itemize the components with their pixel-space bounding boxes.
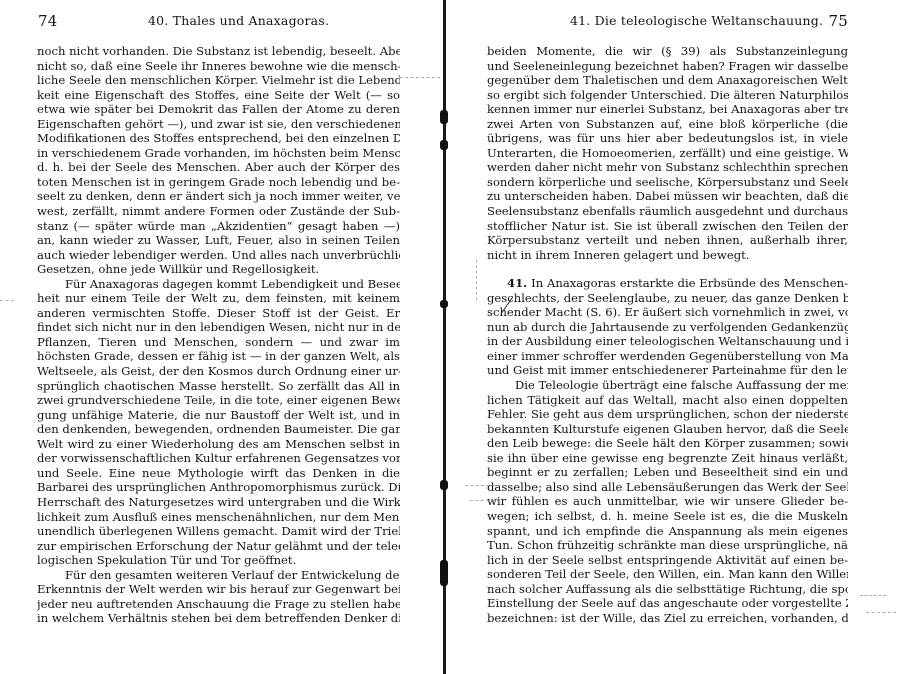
text-line: in verschiedenem Grade vorhanden, im höc… (37, 146, 400, 161)
pencil-mark (860, 595, 886, 596)
text-line: Welt wird zu einer Wiederholung des am M… (37, 437, 400, 452)
text-line: d. h. bei der Seele des Menschen. Aber a… (37, 160, 400, 175)
book-spread: 74 40. Thales und Anaxagoras. noch nicht… (0, 0, 900, 674)
pencil-margin-line (476, 260, 477, 300)
text-line: den Leib bewege: die Seele hält den Körp… (487, 436, 848, 451)
text-line: dasselbe; also sind alle Lebensäußerunge… (487, 480, 848, 495)
text-line: sonderen Teil der Seele, den Willen, ein… (487, 567, 848, 582)
text-line: heit nur einem Teile der Welt zu, dem fe… (37, 291, 400, 306)
text-line: übrigens, was für uns hier aber bedeutun… (487, 131, 848, 146)
text-line: Erkenntnis der Welt werden wir bis herau… (37, 582, 400, 597)
text-line: Fehler. Sie geht aus dem ursprünglichen,… (487, 407, 848, 422)
text-line: Körpersubstanz verteilt und neben ihnen,… (487, 233, 848, 248)
pencil-mark (470, 500, 500, 501)
text-line: wir fühlen es auch unmittelbar, wie wir … (487, 494, 848, 509)
text-line: seelt zu denken, denn er ändert sich ja … (37, 189, 400, 204)
text-line: findet sich nicht nur in den lebendigen … (37, 320, 400, 335)
text-line: spannt, und ich empfinde die Anspannung … (487, 524, 848, 539)
text-line: sondern körperliche und seelische, Körpe… (487, 175, 848, 190)
right-running-head: 41. Die teleologische Weltanschauung. 75 (485, 12, 848, 32)
text-line: noch nicht vorhanden. Die Substanz ist l… (37, 44, 400, 59)
text-line: stanz (— später würde man „Akzidentien“ … (37, 219, 400, 234)
left-page-number: 74 (38, 12, 58, 30)
text-line: Gesetzen, ohne jede Willkür und Regellos… (37, 262, 400, 277)
left-chapter-title: 40. Thales und Anaxagoras. (148, 13, 329, 28)
text-line: zwei Arten von Substanzen auf, eine bloß… (487, 117, 848, 132)
text-line: werden daher nicht mehr von Substanz sch… (487, 160, 848, 175)
right-chapter-title: 41. Die teleologische Weltanschauung. (570, 13, 823, 28)
text-line: jeder neu auftretenden Anschauung die Fr… (37, 597, 400, 612)
text-line: nach solcher Auffassung als die selbsttä… (487, 582, 848, 597)
text-line: Seelensubstanz ebenfalls räumlich ausged… (487, 204, 848, 219)
text-line: gung unfähige Materie, die nur Baustoff … (37, 408, 400, 423)
text-line: zwei grundverschiedene Teile, in die tot… (37, 393, 400, 408)
text-line: der vorwissenschaftlichen Kultur erfahre… (37, 451, 400, 466)
text-line: einer immer schroffer werdenden Gegenübe… (487, 349, 848, 364)
text-line: Einstellung der Seele auf das angeschaut… (487, 596, 848, 611)
text-line: unendlich überlegenen Willens gemacht. D… (37, 524, 400, 539)
text-line: Barbarei des ursprünglichen Anthropomorp… (37, 480, 400, 495)
text-line: zur empirischen Erforschung der Natur ge… (37, 539, 400, 554)
text-line: und Geist mit immer entschiedenerer Part… (487, 363, 848, 378)
text-line: sie ihn über eine gewisse eng begrenzte … (487, 451, 848, 466)
text-line: Für den gesamten weiteren Verlauf der En… (37, 568, 400, 583)
text-line: nicht in ihrem Inneren gelagert und bewe… (487, 248, 848, 263)
left-running-head: 74 40. Thales und Anaxagoras. (38, 12, 400, 32)
text-line: lich in der Seele selbst entspringende A… (487, 553, 848, 568)
pencil-mark (866, 612, 896, 613)
text-line: lichkeit zum Ausfluß eines menschenähnli… (37, 510, 400, 525)
text-line: lichen Tätigkeit auf das Weltall, macht … (487, 393, 848, 408)
left-body-text: noch nicht vorhanden. Die Substanz ist l… (37, 44, 400, 626)
text-line: gegenüber dem Thaletischen und dem Anaxa… (487, 73, 848, 88)
text-line: Tun. Schon frühzeitig schränkte man dies… (487, 538, 848, 553)
text-line: höchsten Grade, dessen er fähig ist — in… (37, 349, 400, 364)
text-line: wegen; ich selbst, d. h. meine Seele ist… (487, 509, 848, 524)
text-line: Unterarten, die Homoeomerien, zerfällt) … (487, 146, 848, 161)
section-first-line: In Anaxagoras erstarkte die Erbsünde des… (531, 276, 848, 290)
text-line: Weltseele, als Geist, der den Kosmos dur… (37, 364, 400, 379)
text-line: und Seele. Eine neue Mythologie wirft da… (37, 466, 400, 481)
text-line: schender Macht (S. 6). Er äußert sich vo… (487, 305, 848, 320)
text-line: kennen immer nur einerlei Substanz, bei … (487, 102, 848, 117)
text-line: beginnt er zu zerfallen; Leben und Besee… (487, 465, 848, 480)
text-line: Pflanzen, Tieren und Menschen, sondern —… (37, 335, 400, 350)
right-page: 41. Die teleologische Weltanschauung. 75… (447, 0, 900, 674)
text-line: west, zerfällt, nimmt andere Formen oder… (37, 204, 400, 219)
text-line: auch wieder lebendiger werden. Und alles… (37, 248, 400, 263)
text-line: so ergibt sich folgender Unterschied. Di… (487, 88, 848, 103)
pencil-mark (400, 77, 440, 78)
text-line: liche Seele den menschlichen Körper. Vie… (37, 73, 400, 88)
text-line: an, kann wieder zu Wasser, Luft, Feuer, … (37, 233, 400, 248)
text-line: und Seeleneinlegung bezeichnet haben? Fr… (487, 59, 848, 74)
text-line: in der Ausbildung einer teleologischen W… (487, 334, 848, 349)
text-line: bekannten Kulturstufe eigenen Glauben he… (487, 422, 848, 437)
text-line: beiden Momente, die wir (§ 39) als Subst… (487, 44, 848, 59)
text-line: keit eine Eigenschaft des Stoffes, eine … (37, 88, 400, 103)
text-line: toten Menschen ist in geringem Grade noc… (37, 175, 400, 190)
text-line: den denkenden, bewegenden, ordnenden Bau… (37, 422, 400, 437)
text-line: bezeichnen: ist der Wille, das Ziel zu e… (487, 611, 848, 626)
right-page-number: 75 (829, 12, 849, 30)
text-line: Herrschaft des Naturgesetzes wird unterg… (37, 495, 400, 510)
text-line: logischen Spekulation Tür und Tor geöffn… (37, 553, 400, 568)
right-body-text: beiden Momente, die wir (§ 39) als Subst… (487, 44, 848, 625)
text-line: Modifikationen des Stoffes entsprechend,… (37, 131, 400, 146)
text-line: anderen vermischten Stoffe. Dieser Stoff… (37, 306, 400, 321)
section-number: 41. (507, 276, 527, 290)
text-line: Eigenschaften gehört —), und zwar ist si… (37, 117, 400, 132)
text-line: nun ab durch die Jahrtausende zu verfolg… (487, 320, 848, 335)
text-line: sprünglich chaotischen Masse herstellt. … (37, 379, 400, 394)
text-line: geschlechts, der Seelenglaube, zu neuer,… (487, 291, 848, 306)
text-line: zu unterscheiden haben. Dabei müssen wir… (487, 189, 848, 204)
text-line: Die Teleologie überträgt eine falsche Au… (487, 378, 848, 393)
section-41-heading-line: 41.In Anaxagoras erstarkte die Erbsünde … (487, 276, 848, 291)
text-line: etwa wie später bei Demokrit das Fallen … (37, 102, 400, 117)
left-page: 74 40. Thales und Anaxagoras. noch nicht… (0, 0, 444, 674)
text-line: stofflicher Natur ist. Sie ist überall z… (487, 219, 848, 234)
text-line: nicht so, daß eine Seele ihr Inneres bew… (37, 59, 400, 74)
pencil-mark (465, 485, 505, 486)
text-line: in welchem Verhältnis stehen bei dem bet… (37, 611, 400, 626)
text-line: Für Anaxagoras dagegen kommt Lebendigkei… (37, 277, 400, 292)
section-spacer (487, 262, 848, 276)
pencil-mark (0, 300, 14, 301)
